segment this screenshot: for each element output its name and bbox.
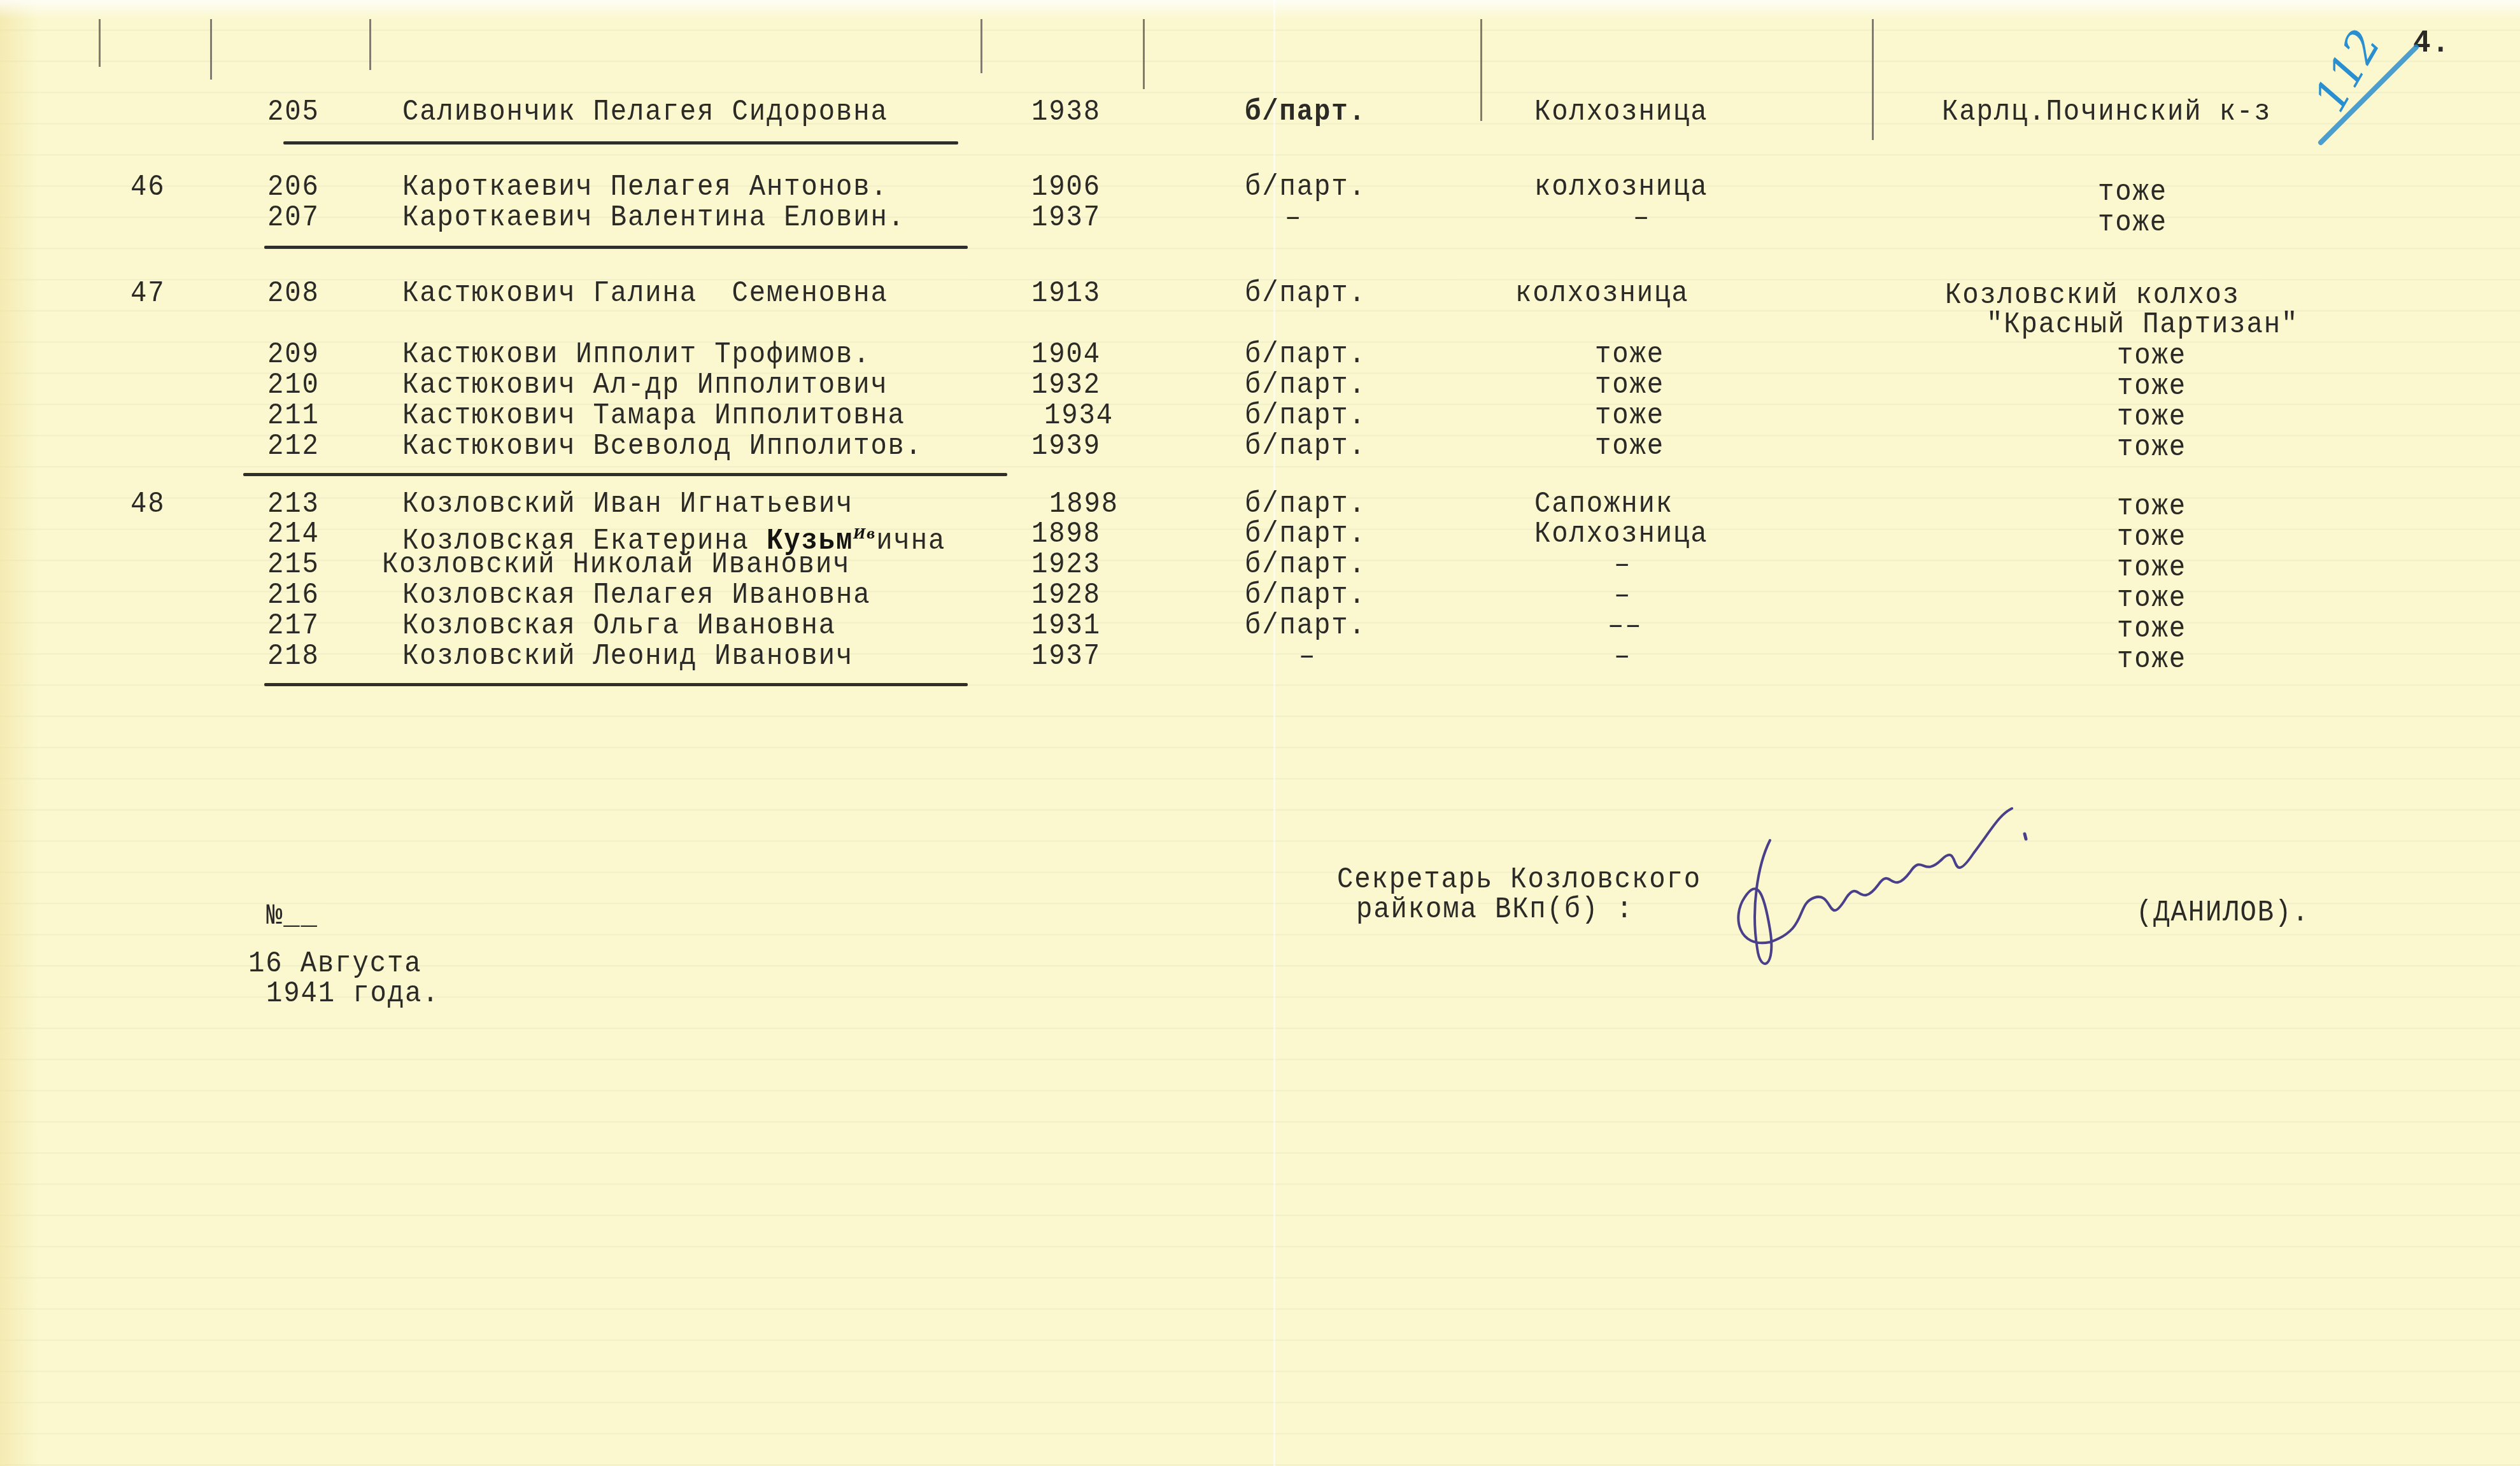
document-number-label: №__	[266, 901, 318, 931]
column-rule	[99, 19, 101, 67]
occupation: Сапожник	[1534, 489, 1673, 519]
seq-number: 206	[267, 172, 320, 202]
address: тоже	[2117, 371, 2186, 402]
signatory-name: (ДАНИЛОВ).	[2136, 898, 2309, 928]
column-rule	[1143, 19, 1145, 89]
party-status: б/парт.	[1245, 278, 1366, 309]
person-name: Козловская Ольга Ивановна	[402, 610, 836, 641]
birth-year: 1906	[1031, 172, 1101, 202]
address: тоже	[2117, 644, 2186, 675]
person-name: Кастюкович Ал-др Ипполитович	[402, 370, 888, 400]
address-line2: "Красный Партизан"	[1986, 309, 2298, 340]
seq-number: 217	[267, 610, 320, 641]
column-rule	[1480, 19, 1482, 121]
seq-number: 213	[267, 489, 320, 519]
paper-edge	[0, 0, 38, 1466]
birth-year: 1937	[1031, 202, 1101, 233]
signatory-title-line2: райкома ВКп(б) :	[1356, 894, 1634, 925]
address: тоже	[2117, 522, 2186, 553]
birth-year: 1898	[1049, 489, 1119, 519]
party-status: б/парт.	[1245, 489, 1366, 519]
person-name: Кастюкови Ипполит Трофимов.	[402, 339, 870, 370]
occupation: колхозница	[1515, 278, 1688, 309]
number-blank: __	[283, 899, 318, 933]
page-number: 4.	[2413, 29, 2451, 59]
party-status: –	[1285, 202, 1302, 233]
person-name: Козловский Леонид Иванович	[402, 641, 853, 672]
party-status: б/парт.	[1245, 97, 1366, 127]
group-separator	[243, 473, 1007, 476]
column-rule	[1872, 19, 1874, 140]
party-status: б/парт.	[1245, 431, 1366, 462]
party-status: б/парт.	[1245, 610, 1366, 641]
occupation: Колхозница	[1534, 519, 1708, 549]
birth-year: 1931	[1031, 610, 1101, 641]
column-rule	[980, 19, 982, 73]
party-status: –	[1299, 641, 1316, 672]
address: Козловский колхоз	[1945, 280, 2240, 311]
birth-year: 1928	[1031, 580, 1101, 610]
group-separator	[283, 141, 958, 144]
occupation: колхозница	[1534, 172, 1708, 202]
seq-number: 208	[267, 278, 320, 309]
birth-year: 1937	[1031, 641, 1101, 672]
correction-superscript: Ив	[853, 526, 876, 542]
birth-year: 1938	[1031, 97, 1101, 127]
person-name: Кароткаевич Пелагея Антонов.	[402, 172, 888, 202]
address: Карлц.Починский к-з	[1942, 97, 2272, 127]
paper-fold-line	[1273, 0, 1275, 1466]
party-status: б/парт.	[1245, 580, 1366, 610]
address: тоже	[2117, 341, 2186, 371]
address: тоже	[2117, 614, 2186, 644]
party-status: б/парт.	[1245, 549, 1366, 580]
document-date-line1: 16 Августа	[248, 948, 421, 979]
address: тоже	[2117, 432, 2186, 463]
occupation: –	[1614, 580, 1631, 610]
address: тоже	[2117, 553, 2186, 583]
address: тоже	[2098, 177, 2167, 208]
person-name: Козловский Николай Иванович	[382, 549, 850, 580]
occupation: –	[1614, 549, 1631, 580]
person-name: Кастюкович Тамара Ипполитовна	[402, 400, 905, 431]
person-name: Козловская Пелагея Ивановна	[402, 580, 870, 610]
address: тоже	[2117, 583, 2186, 614]
occupation: Колхозница	[1534, 97, 1708, 127]
birth-year: 1898	[1031, 519, 1101, 549]
paper-top-shade	[0, 0, 2520, 19]
group-separator	[264, 683, 968, 686]
birth-year: 1923	[1031, 549, 1101, 580]
seq-number: 211	[267, 400, 320, 431]
group-separator	[264, 246, 968, 249]
seq-number: 212	[267, 431, 320, 462]
occupation: тоже	[1595, 400, 1664, 431]
number-sign: №	[266, 899, 283, 933]
seq-number: 216	[267, 580, 320, 610]
party-status: б/парт.	[1245, 400, 1366, 431]
occupation: –	[1633, 202, 1650, 233]
address: тоже	[2098, 208, 2167, 238]
birth-year: 1939	[1031, 431, 1101, 462]
birth-year: 1934	[1044, 400, 1114, 431]
party-status: б/парт.	[1245, 519, 1366, 549]
seq-number: 215	[267, 549, 320, 580]
party-status: б/парт.	[1245, 172, 1366, 202]
party-status: б/парт.	[1245, 370, 1366, 400]
group-number: 48	[131, 489, 165, 519]
person-name: Кастюкович Галина Семеновна	[402, 278, 888, 309]
person-name: Саливончик Пелагея Сидоровна	[402, 97, 888, 127]
seq-number: 218	[267, 641, 320, 672]
group-number: 47	[131, 278, 165, 309]
column-rule	[369, 19, 371, 70]
seq-number: 210	[267, 370, 320, 400]
address: тоже	[2117, 491, 2186, 522]
occupation: тоже	[1595, 339, 1664, 370]
group-number: 46	[131, 172, 165, 202]
party-status: б/парт.	[1245, 339, 1366, 370]
occupation: ––	[1608, 610, 1642, 641]
archive-folio-stamp: 112	[2304, 21, 2391, 121]
person-name: Кароткаевич Валентина Еловин.	[402, 202, 905, 233]
seq-number: 207	[267, 202, 320, 233]
name-suffix: ична	[876, 525, 945, 558]
seq-number: 214	[267, 519, 320, 549]
document-date-line2: 1941 года.	[266, 978, 439, 1009]
occupation: тоже	[1595, 370, 1664, 400]
occupation: –	[1614, 641, 1631, 672]
seq-number: 209	[267, 339, 320, 370]
address: тоже	[2117, 402, 2186, 432]
signatory-title-line1: Секретарь Козловского	[1337, 864, 1701, 895]
signature-icon	[1732, 802, 2088, 987]
seq-number: 205	[267, 97, 320, 127]
person-name: Кастюкович Всеволод Ипполитов.	[402, 431, 923, 462]
person-name: Козловский Иван Игнатьевич	[402, 489, 853, 519]
birth-year: 1913	[1031, 278, 1101, 309]
birth-year: 1932	[1031, 370, 1101, 400]
column-rule	[210, 19, 212, 80]
birth-year: 1904	[1031, 339, 1101, 370]
occupation: тоже	[1595, 431, 1664, 462]
